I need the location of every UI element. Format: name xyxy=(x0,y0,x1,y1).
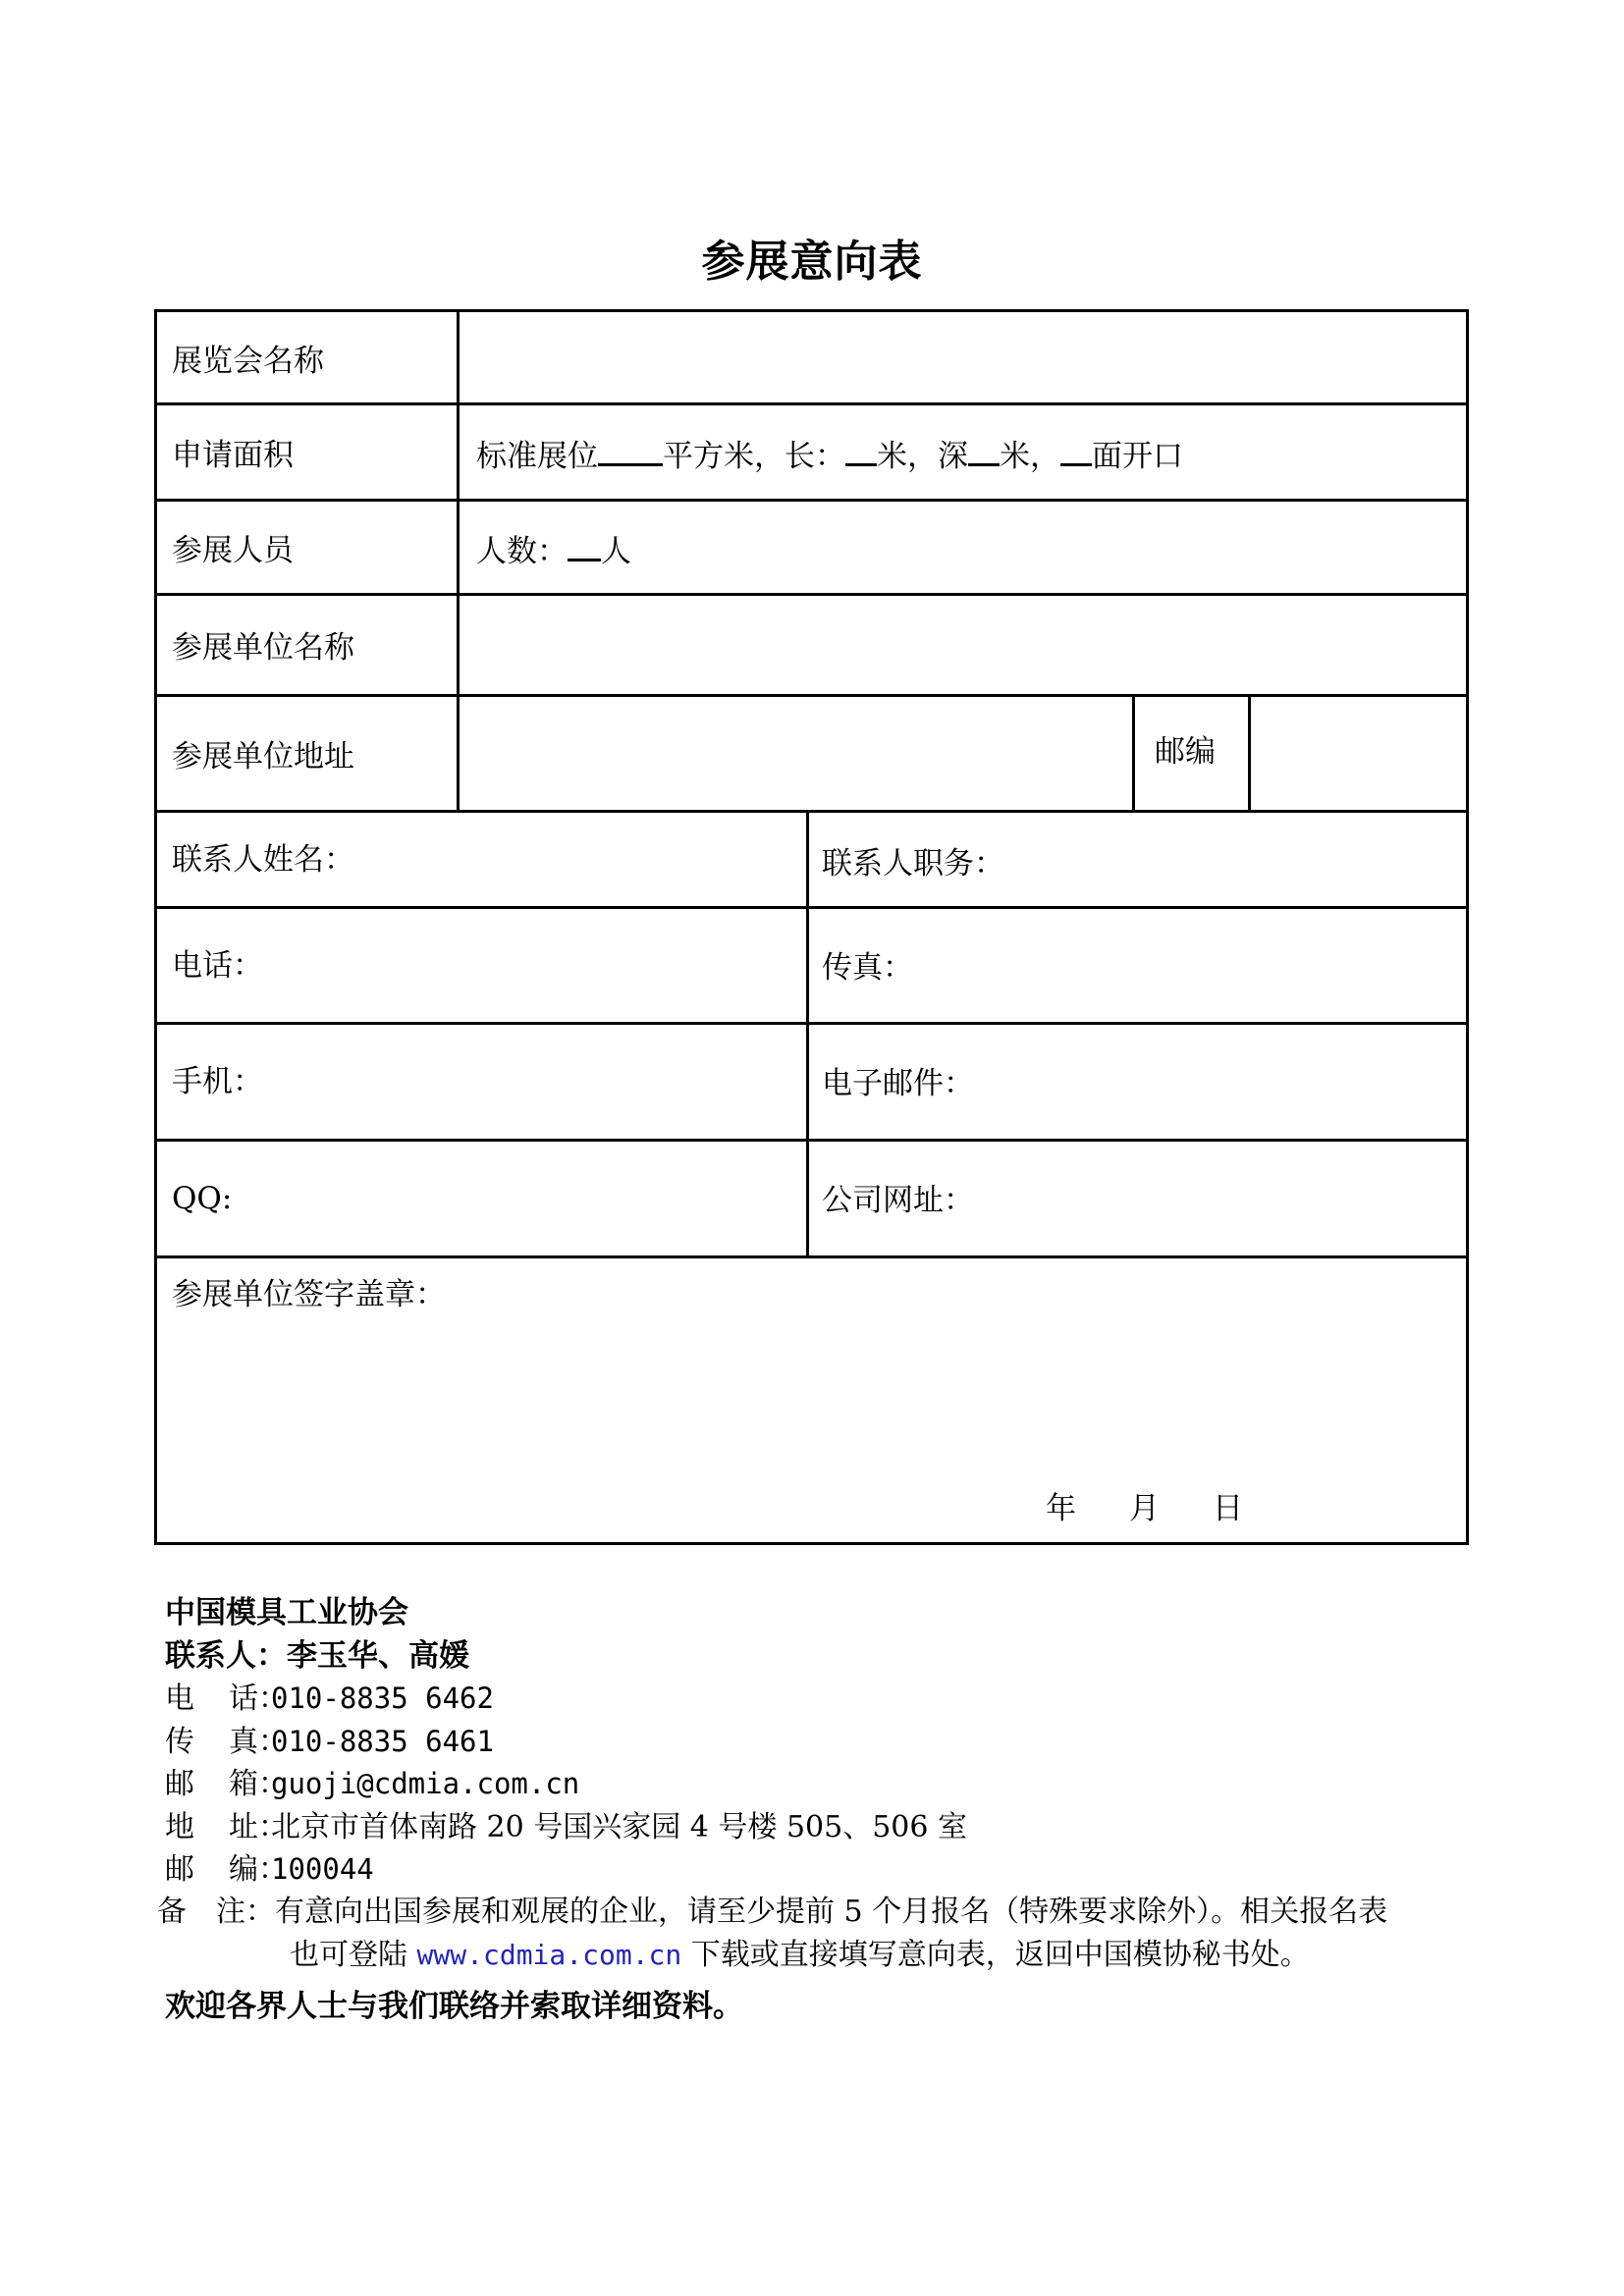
phone-label: 电话： xyxy=(172,948,263,984)
contact-title-label: 联系人职务： xyxy=(822,846,1004,881)
exhibition-name-label: 展览会名称 xyxy=(172,344,324,379)
postcode-field[interactable] xyxy=(1253,700,1464,808)
remarks-text-2a: 也可登陆 xyxy=(290,1938,417,1972)
postcode-label-a: 邮 xyxy=(165,1848,229,1892)
area-text-3: 米，深 xyxy=(877,439,968,474)
signature-label: 参展单位签字盖章： xyxy=(172,1277,446,1312)
fax-label: 传真： xyxy=(822,950,913,986)
email-label: 电子邮件： xyxy=(822,1066,974,1101)
row-divider xyxy=(157,1022,1466,1025)
date-month-label: 月 xyxy=(1129,1491,1160,1526)
remarks-line-2: 也可登陆 www.cdmia.com.cn 下载或直接填写意向表，返回中国模协秘… xyxy=(157,1934,1387,1977)
area-text-5: 面开口 xyxy=(1092,439,1183,474)
booth-area-blank[interactable] xyxy=(598,438,663,466)
registration-form-table: 展览会名称 申请面积 标准展位平方米，长：米，深米，面开口 参展人员 人数：人 … xyxy=(154,309,1469,1545)
address-label-a: 地 xyxy=(165,1806,229,1849)
row-divider xyxy=(157,402,1466,405)
footer-postcode-row: 邮编：100044 xyxy=(165,1848,967,1892)
exhibition-name-field[interactable] xyxy=(461,315,1463,401)
row-divider xyxy=(157,906,1466,909)
area-text-1: 标准展位 xyxy=(476,439,598,474)
label-column-divider xyxy=(457,312,460,810)
row-divider xyxy=(157,1255,1466,1258)
staff-text-1: 人数： xyxy=(476,534,568,569)
footer-fax-row: 传真：010-8835 6461 xyxy=(165,1721,967,1764)
footer-address-row: 地址：北京市首体南路 20 号国兴家园 4 号楼 505、506 室 xyxy=(165,1806,967,1849)
area-text-2: 平方米，长： xyxy=(663,439,845,474)
fax-label-a: 传 xyxy=(165,1721,229,1764)
area-label: 申请面积 xyxy=(172,438,294,473)
footer-phone-value: 010-8835 6462 xyxy=(271,1682,494,1715)
email-label-a: 邮 xyxy=(165,1763,229,1806)
row-divider xyxy=(157,593,1466,596)
row-divider xyxy=(157,694,1466,697)
company-address-field[interactable] xyxy=(461,700,1129,808)
contact-info-block: 中国模具工业协会 联系人：李玉华、高媛 电话：010-8835 6462 传真：… xyxy=(165,1592,967,1892)
footer-phone-row: 电话：010-8835 6462 xyxy=(165,1678,967,1721)
depth-blank[interactable] xyxy=(968,438,1000,466)
date-year-label: 年 xyxy=(1046,1491,1076,1526)
signature-area[interactable] xyxy=(162,1318,1458,1475)
contact-name-label: 联系人姓名： xyxy=(172,842,354,878)
website-link[interactable]: www.cdmia.com.cn xyxy=(417,1939,682,1971)
staff-label: 参展人员 xyxy=(172,533,294,568)
footer-postcode-value: 100044 xyxy=(271,1852,374,1886)
company-address-label: 参展单位地址 xyxy=(172,739,354,774)
staff-count-blank[interactable] xyxy=(568,533,601,561)
row-divider xyxy=(157,499,1466,502)
postcode-label: 邮编 xyxy=(1155,734,1216,770)
phone-label-a: 电 xyxy=(165,1678,229,1721)
welcome-message: 欢迎各界人士与我们联络并索取详细资料。 xyxy=(165,1981,743,2025)
remarks-text-1: 有意向出国参展和观展的企业，请至少提前 5 个月报名（特殊要求除外）。相关报名表 xyxy=(275,1895,1387,1929)
mobile-label: 手机： xyxy=(172,1064,263,1099)
staff-field[interactable]: 人数：人 xyxy=(476,533,631,569)
remarks: 备 注：有意向出国参展和观展的企业，请至少提前 5 个月报名（特殊要求除外）。相… xyxy=(157,1891,1387,1977)
remarks-line-1: 备 注：有意向出国参展和观展的企业，请至少提前 5 个月报名（特殊要求除外）。相… xyxy=(157,1891,1387,1934)
company-name-field[interactable] xyxy=(461,599,1463,691)
qq-label: QQ: xyxy=(172,1181,232,1216)
footer-email-value[interactable]: guoji@cdmia.com.cn xyxy=(271,1767,579,1800)
remarks-label: 备 注： xyxy=(157,1895,275,1929)
footer-email-row: 邮箱：guoji@cdmia.com.cn xyxy=(165,1763,967,1806)
footer-fax-value: 010-8835 6461 xyxy=(271,1725,494,1758)
postcode-label-right-divider xyxy=(1248,694,1251,810)
postcode-label-left-divider xyxy=(1132,694,1135,810)
contact-column-divider xyxy=(806,810,809,1255)
area-field[interactable]: 标准展位平方米，长：米，深米，面开口 xyxy=(476,438,1183,474)
row-divider xyxy=(157,1139,1466,1142)
area-text-4: 米， xyxy=(1000,439,1060,474)
page-title: 参展意向表 xyxy=(0,226,1624,289)
company-name-label: 参展单位名称 xyxy=(172,630,354,666)
footer-address-value: 北京市首体南路 20 号国兴家园 4 号楼 505、506 室 xyxy=(271,1810,967,1844)
remarks-text-2b: 下载或直接填写意向表，返回中国模协秘书处。 xyxy=(681,1938,1310,1972)
row-divider xyxy=(157,810,1466,813)
staff-text-2: 人 xyxy=(601,534,631,569)
contact-persons: 联系人：李玉华、高媛 xyxy=(165,1635,967,1679)
open-sides-blank[interactable] xyxy=(1060,438,1092,466)
date-day-label: 日 xyxy=(1213,1491,1243,1526)
organization-name: 中国模具工业协会 xyxy=(165,1592,967,1635)
length-blank[interactable] xyxy=(845,438,877,466)
website-label: 公司网址： xyxy=(822,1183,974,1218)
